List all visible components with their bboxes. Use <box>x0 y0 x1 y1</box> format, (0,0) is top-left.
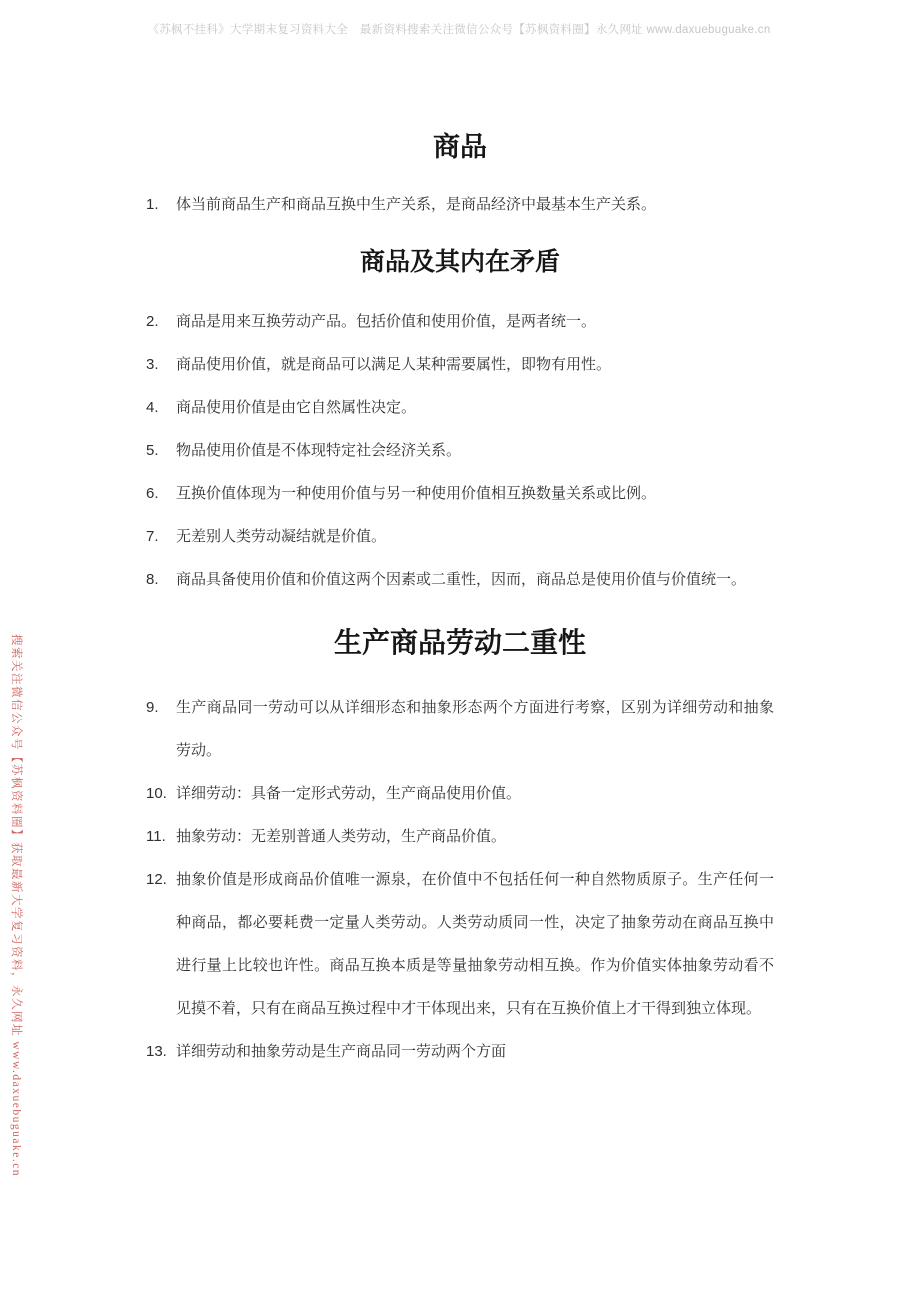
list-item: 7.无差别人类劳动凝结就是价值。 <box>146 515 774 558</box>
item-text: 商品具备使用价值和价值这两个因素或二重性，因而，商品总是使用价值与价值统一。 <box>176 558 774 601</box>
list-item: 9.生产商品同一劳动可以从详细形态和抽象形态两个方面进行考察，区别为详细劳动和抽… <box>146 686 774 772</box>
document-page: 《苏枫不挂科》大学期末复习资料大全 最新资料搜索关注微信公众号【苏枫资料圈】永久… <box>0 0 918 1298</box>
item-text: 物品使用价值是不体现特定社会经济关系。 <box>176 429 774 472</box>
item-number: 3. <box>146 343 176 386</box>
item-text: 抽象劳动：无差别普通人类劳动，生产商品价值。 <box>176 815 774 858</box>
item-text: 体当前商品生产和商品互换中生产关系，是商品经济中最基本生产关系。 <box>176 183 774 226</box>
header-watermark: 《苏枫不挂科》大学期末复习资料大全 最新资料搜索关注微信公众号【苏枫资料圈】永久… <box>0 21 918 37</box>
item-number: 4. <box>146 386 176 429</box>
list-item: 8.商品具备使用价值和价值这两个因素或二重性，因而，商品总是使用价值与价值统一。 <box>146 558 774 601</box>
list-item: 13.详细劳动和抽象劳动是生产商品同一劳动两个方面 <box>146 1030 774 1073</box>
item-number: 10. <box>146 772 176 815</box>
list-item: 1.体当前商品生产和商品互换中生产关系，是商品经济中最基本生产关系。 <box>146 183 774 226</box>
document-body: 商品 1.体当前商品生产和商品互换中生产关系，是商品经济中最基本生产关系。商品及… <box>146 131 774 1073</box>
list-item: 10.详细劳动：具备一定形式劳动，生产商品使用价值。 <box>146 772 774 815</box>
item-number: 12. <box>146 858 176 901</box>
section-heading: 商品及其内在矛盾 <box>146 247 774 277</box>
item-text: 生产商品同一劳动可以从详细形态和抽象形态两个方面进行考察，区别为详细劳动和抽象劳… <box>176 686 774 772</box>
item-text: 商品使用价值，就是商品可以满足人某种需要属性，即物有用性。 <box>176 343 774 386</box>
section-heading: 生产商品劳动二重性 <box>146 626 774 660</box>
list-item: 11.抽象劳动：无差别普通人类劳动，生产商品价值。 <box>146 815 774 858</box>
item-number: 7. <box>146 515 176 558</box>
list-item: 12.抽象价值是形成商品价值唯一源泉，在价值中不包括任何一种自然物质原子。生产任… <box>146 858 774 1030</box>
item-number: 5. <box>146 429 176 472</box>
item-number: 2. <box>146 300 176 343</box>
item-number: 6. <box>146 472 176 515</box>
item-number: 11. <box>146 815 176 858</box>
list-item: 2.商品是用来互换劳动产品。包括价值和使用价值，是两者统一。 <box>146 300 774 343</box>
list-item: 6.互换价值体现为一种使用价值与另一种使用价值相互换数量关系或比例。 <box>146 472 774 515</box>
item-text: 无差别人类劳动凝结就是价值。 <box>176 515 774 558</box>
list-item: 5.物品使用价值是不体现特定社会经济关系。 <box>146 429 774 472</box>
item-text: 抽象价值是形成商品价值唯一源泉，在价值中不包括任何一种自然物质原子。生产任何一种… <box>176 858 774 1030</box>
item-text: 互换价值体现为一种使用价值与另一种使用价值相互换数量关系或比例。 <box>176 472 774 515</box>
item-text: 商品使用价值是由它自然属性决定。 <box>176 386 774 429</box>
page-title: 商品 <box>146 131 774 163</box>
side-watermark: 搜索关注微信公众号【苏枫资料圈】获取最新大学复习资料，永久网址 www.daxu… <box>9 634 25 1074</box>
item-number: 1. <box>146 183 176 226</box>
item-text: 商品是用来互换劳动产品。包括价值和使用价值，是两者统一。 <box>176 300 774 343</box>
item-number: 8. <box>146 558 176 601</box>
item-number: 13. <box>146 1030 176 1073</box>
list-item: 3.商品使用价值，就是商品可以满足人某种需要属性，即物有用性。 <box>146 343 774 386</box>
item-text: 详细劳动和抽象劳动是生产商品同一劳动两个方面 <box>176 1030 774 1073</box>
item-text: 详细劳动：具备一定形式劳动，生产商品使用价值。 <box>176 772 774 815</box>
item-number: 9. <box>146 686 176 729</box>
list-item: 4.商品使用价值是由它自然属性决定。 <box>146 386 774 429</box>
